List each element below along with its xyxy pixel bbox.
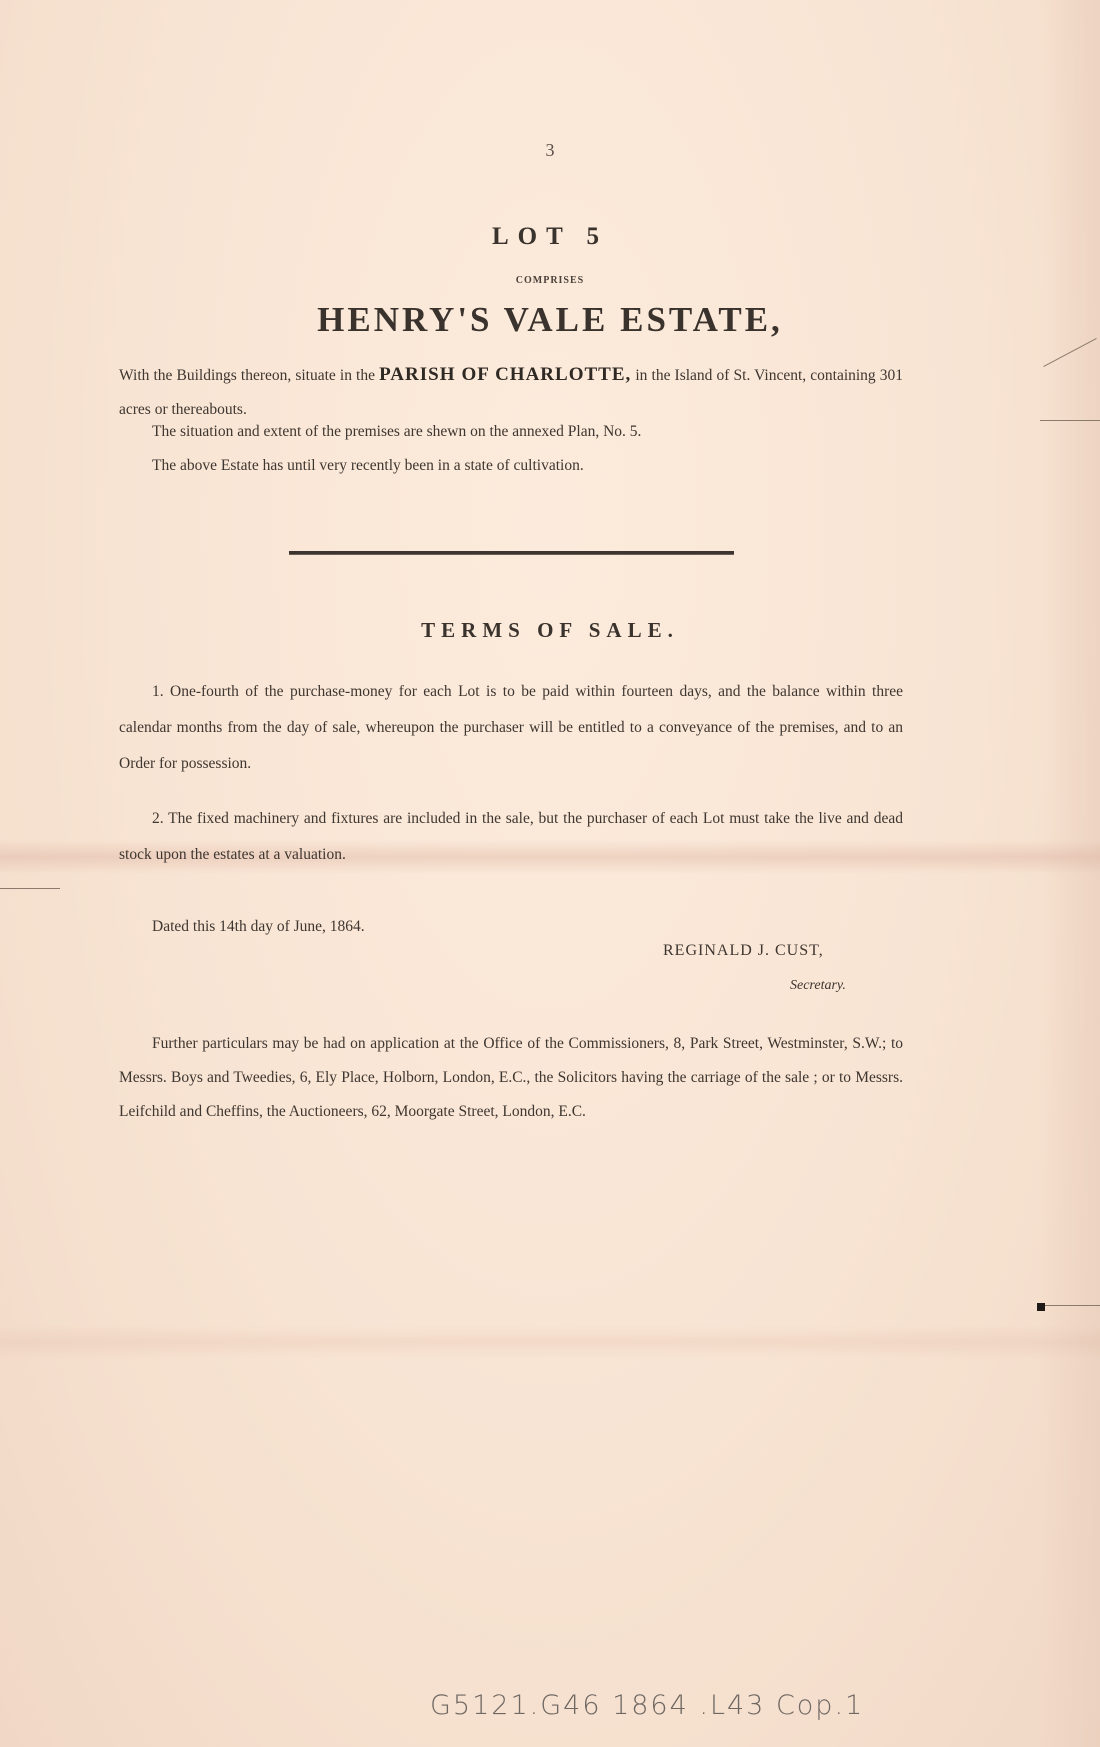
date-line: Dated this 14th day of June, 1864.: [119, 910, 903, 944]
parish-name: PARISH OF CHARLOTTE,: [379, 364, 631, 385]
paper-fold: [0, 1325, 1100, 1359]
paper-tear: [1040, 420, 1100, 421]
cultivation-note-text: The above Estate has until very recently…: [152, 457, 584, 474]
section-divider: [289, 551, 734, 555]
handwritten-call-number: G5121.G46 1864 .L43 Cop.1: [430, 1690, 864, 1721]
paper-tear: [1040, 1305, 1100, 1306]
page-number: 3: [0, 140, 1100, 161]
term-1-text: 1. One-fourth of the purchase-money for …: [119, 683, 903, 772]
estate-name: HENRY'S VALE ESTATE,: [0, 300, 1100, 340]
ink-blot: [1037, 1303, 1045, 1311]
term-2: 2. The fixed machinery and fixtures are …: [119, 801, 903, 873]
term-1: 1. One-fourth of the purchase-money for …: [119, 674, 903, 782]
signatory-title: Secretary.: [790, 978, 846, 994]
description-prefix: With the Buildings thereon, situate in t…: [119, 367, 375, 384]
plan-note: The situation and extent of the premises…: [119, 415, 903, 449]
signatory-name: REGINALD J. CUST,: [663, 942, 824, 960]
further-particulars: Further particulars may be had on applic…: [119, 1027, 903, 1129]
plan-note-text: The situation and extent of the premises…: [152, 423, 641, 440]
terms-heading: TERMS OF SALE.: [0, 618, 1100, 643]
date-text: Dated this 14th day of June, 1864.: [152, 918, 365, 935]
paper-tear: [0, 888, 60, 889]
lot-heading: LOT 5: [0, 223, 1100, 251]
comprises-label: COMPRISES: [0, 275, 1100, 286]
term-2-text: 2. The fixed machinery and fixtures are …: [119, 810, 903, 863]
cultivation-note: The above Estate has until very recently…: [119, 449, 903, 483]
further-particulars-text: Further particulars may be had on applic…: [119, 1035, 903, 1120]
